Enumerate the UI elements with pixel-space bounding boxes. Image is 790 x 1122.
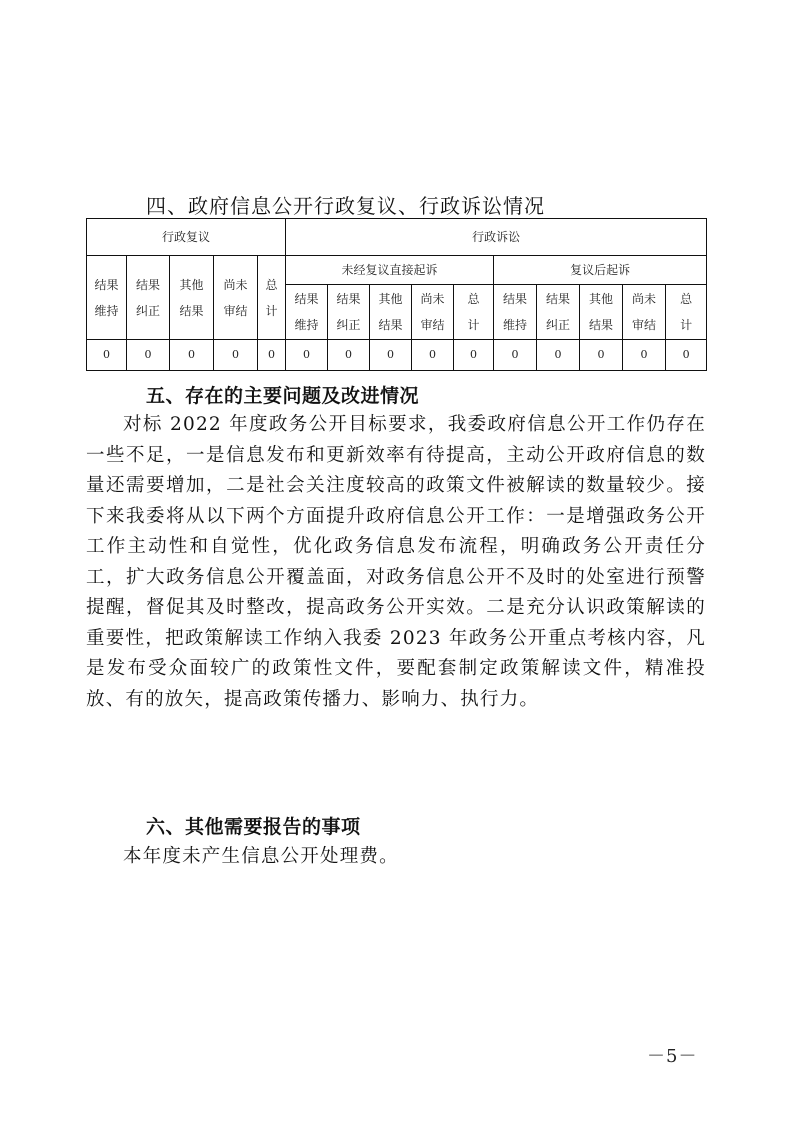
col-review-upheld: 结果维持 xyxy=(87,256,127,340)
value-cell: 0 xyxy=(258,340,286,371)
value-cell: 0 xyxy=(580,340,623,371)
col-after-corrected: 结果纠正 xyxy=(537,285,580,340)
col-after-other: 其他结果 xyxy=(580,285,623,340)
col-direct-upheld: 结果维持 xyxy=(286,285,328,340)
value-cell: 0 xyxy=(666,340,707,371)
col-review-corrected: 结果纠正 xyxy=(127,256,170,340)
value-cell: 0 xyxy=(537,340,580,371)
section5-heading: 五、存在的主要问题及改进情况 xyxy=(146,381,419,408)
subheader-suit-after-review: 复议后起诉 xyxy=(494,256,707,285)
value-cell: 0 xyxy=(454,340,494,371)
col-direct-pending: 尚未审结 xyxy=(412,285,454,340)
col-after-upheld: 结果维持 xyxy=(494,285,537,340)
value-cell: 0 xyxy=(286,340,328,371)
value-cell: 0 xyxy=(370,340,412,371)
table-row-values: 0 0 0 0 0 0 0 0 0 0 0 0 0 0 0 xyxy=(87,340,707,371)
value-cell: 0 xyxy=(170,340,214,371)
section4-heading: 四、政府信息公开行政复议、行政诉讼情况 xyxy=(146,190,545,219)
value-cell: 0 xyxy=(87,340,127,371)
col-direct-total: 总计 xyxy=(454,285,494,340)
header-admin-litigation: 行政诉讼 xyxy=(286,219,707,256)
section6-paragraph: 本年度未产生信息公开处理费。 xyxy=(86,842,706,873)
subheader-direct-suit: 未经复议直接起诉 xyxy=(286,256,494,285)
value-cell: 0 xyxy=(328,340,370,371)
col-review-total: 总计 xyxy=(258,256,286,340)
col-review-pending: 尚未审结 xyxy=(214,256,258,340)
section6-heading: 六、其他需要报告的事项 xyxy=(146,812,361,839)
col-direct-other: 其他结果 xyxy=(370,285,412,340)
value-cell: 0 xyxy=(623,340,666,371)
review-litigation-table: 行政复议 行政诉讼 结果维持 结果纠正 其他结果 尚未审结 总计 未经复议直接起… xyxy=(86,218,707,371)
header-admin-review: 行政复议 xyxy=(87,219,286,256)
section5-paragraph: 对标 2022 年度政务公开目标要求，我委政府信息公开工作仍存在一些不足，一是信… xyxy=(86,410,706,715)
value-cell: 0 xyxy=(214,340,258,371)
col-review-other: 其他结果 xyxy=(170,256,214,340)
value-cell: 0 xyxy=(127,340,170,371)
value-cell: 0 xyxy=(494,340,537,371)
page-number: －5－ xyxy=(647,1042,697,1068)
value-cell: 0 xyxy=(412,340,454,371)
col-direct-corrected: 结果纠正 xyxy=(328,285,370,340)
col-after-total: 总计 xyxy=(666,285,707,340)
col-after-pending: 尚未审结 xyxy=(623,285,666,340)
